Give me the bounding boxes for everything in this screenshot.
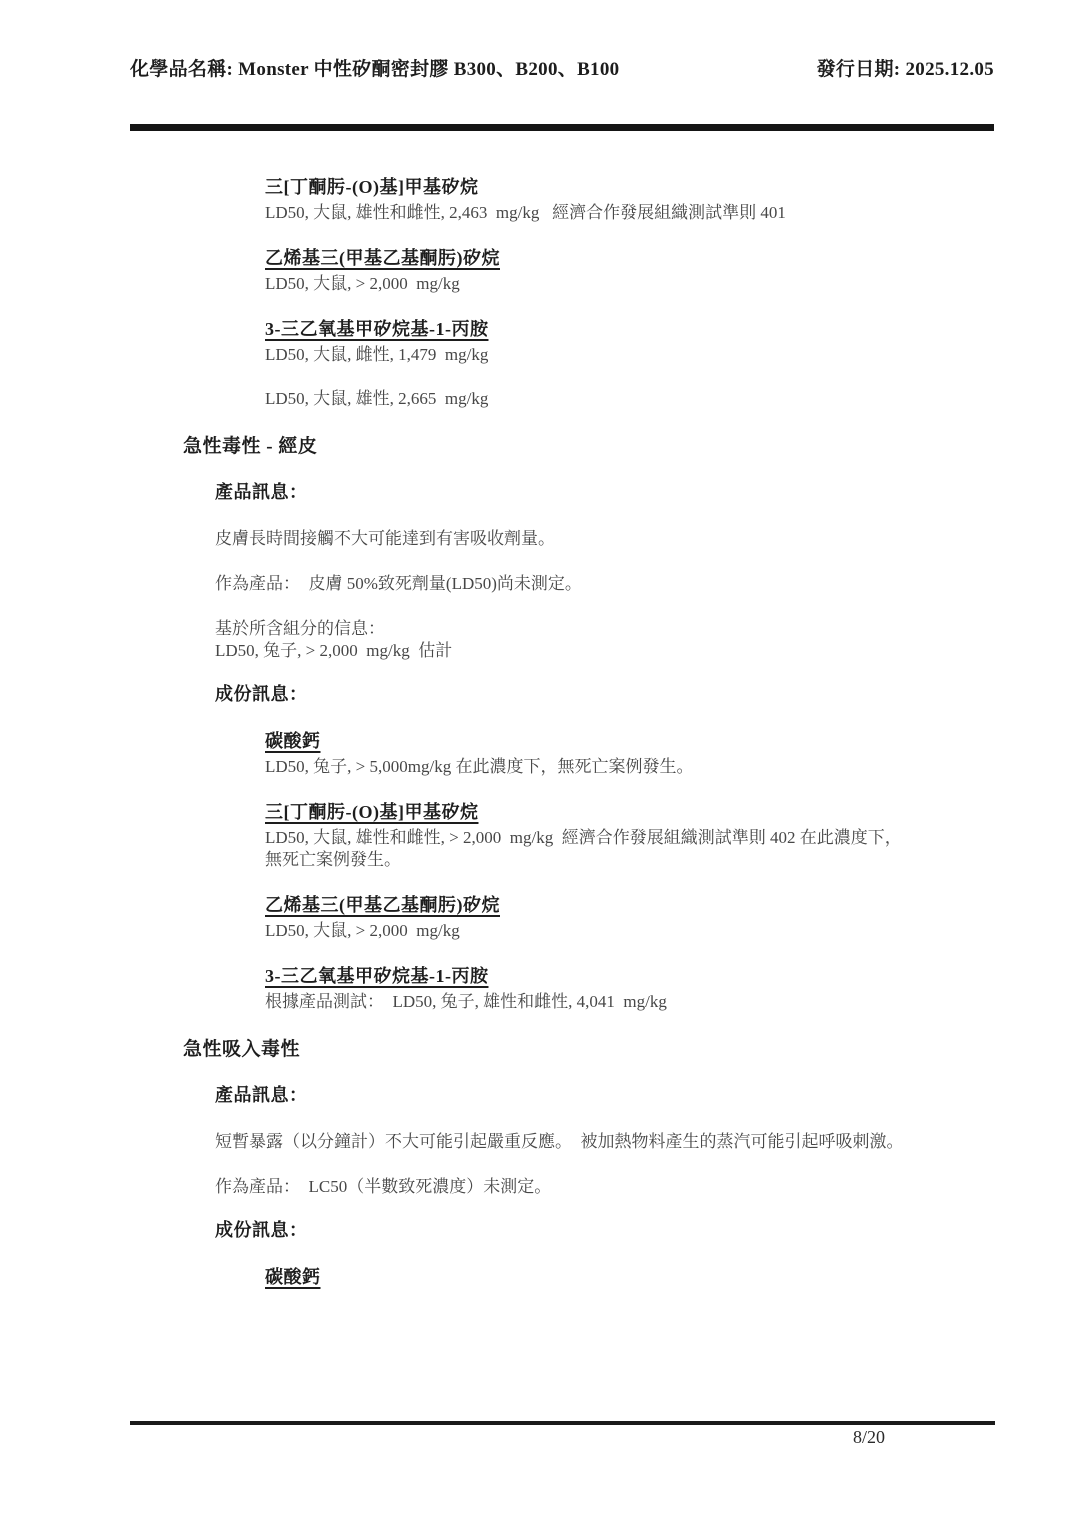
- document-body: 三[丁酮肟-(O)基]甲基矽烷LD50, 大鼠, 雄性和雌性, 2,463 mg…: [0, 175, 1082, 1289]
- subsection-heading: 產品訊息：: [215, 1083, 994, 1108]
- section-heading: 急性毒性 - 經皮: [183, 434, 994, 460]
- chemical-name-heading: 乙烯基三(甲基乙基酮肟)矽烷: [265, 246, 500, 270]
- chemical-name-heading: 三[丁酮肟-(O)基]甲基矽烷: [265, 175, 478, 199]
- footer-divider: [130, 1421, 995, 1425]
- paragraph: 短暫暴露（以分鐘計）不大可能引起嚴重反應。 被加熱物料產生的蒸汽可能引起呼吸刺激…: [215, 1131, 994, 1153]
- toxicity-data-line: LD50, 大鼠, 雄性和雌性, > 2,000 mg/kg 經濟合作發展組織測…: [265, 827, 994, 871]
- chemical-name-heading: 碳酸鈣: [265, 729, 321, 753]
- page-number: 8/20: [853, 1427, 885, 1448]
- chemical-entry: 碳酸鈣: [265, 1265, 994, 1289]
- toxicity-data-line: LD50, 大鼠, > 2,000 mg/kg: [265, 920, 994, 942]
- chemical-entry: 三[丁酮肟-(O)基]甲基矽烷LD50, 大鼠, 雄性和雌性, 2,463 mg…: [265, 175, 994, 224]
- chemical-name-heading: 3-三乙氧基甲矽烷基-1-丙胺: [265, 964, 488, 988]
- header-divider: [130, 124, 994, 131]
- issue-date-label: 發行日期: 2025.12.05: [817, 54, 994, 81]
- chemical-entry: 3-三乙氧基甲矽烷基-1-丙胺根據產品測試： LD50, 兔子, 雄性和雌性, …: [265, 964, 994, 1013]
- chemical-name-heading: 乙烯基三(甲基乙基酮肟)矽烷: [265, 893, 500, 917]
- chemical-entry: 碳酸鈣LD50, 兔子, > 5,000mg/kg 在此濃度下，無死亡案例發生。: [265, 729, 994, 778]
- chemical-name-heading: 三[丁酮肟-(O)基]甲基矽烷: [265, 800, 478, 824]
- paragraph: 作為產品： LC50（半數致死濃度）未測定。: [215, 1176, 994, 1198]
- subsection-heading: 成份訊息：: [215, 682, 994, 707]
- chemical-entry: 乙烯基三(甲基乙基酮肟)矽烷LD50, 大鼠, > 2,000 mg/kg: [265, 893, 994, 942]
- page-header: 化學品名稱: Monster 中性矽酮密封膠 B300、B200、B100 發行…: [130, 54, 994, 81]
- toxicity-data-line: LD50, 大鼠, 雌性, 1,479 mg/kg LD50, 大鼠, 雄性, …: [265, 344, 994, 410]
- paragraph: 作為產品： 皮膚 50%致死劑量(LD50)尚未測定。: [215, 573, 994, 595]
- paragraph: 基於所含組分的信息： LD50, 兔子, > 2,000 mg/kg 估計: [215, 618, 994, 662]
- chemical-entry: 乙烯基三(甲基乙基酮肟)矽烷LD50, 大鼠, > 2,000 mg/kg: [265, 246, 994, 295]
- sds-document-page: 化學品名稱: Monster 中性矽酮密封膠 B300、B200、B100 發行…: [0, 0, 1082, 1514]
- toxicity-data-line: 根據產品測試： LD50, 兔子, 雄性和雌性, 4,041 mg/kg: [265, 991, 994, 1013]
- toxicity-data-line: LD50, 大鼠, > 2,000 mg/kg: [265, 273, 994, 295]
- subsection-heading: 成份訊息：: [215, 1218, 994, 1243]
- chemical-name-heading: 3-三乙氧基甲矽烷基-1-丙胺: [265, 317, 488, 341]
- paragraph: 皮膚長時間接觸不大可能達到有害吸收劑量。: [215, 528, 994, 550]
- chemical-entry: 3-三乙氧基甲矽烷基-1-丙胺LD50, 大鼠, 雌性, 1,479 mg/kg…: [265, 317, 994, 410]
- chemical-entry: 三[丁酮肟-(O)基]甲基矽烷LD50, 大鼠, 雄性和雌性, > 2,000 …: [265, 800, 994, 871]
- chemical-name-label: 化學品名稱: Monster 中性矽酮密封膠 B300、B200、B100: [130, 54, 619, 81]
- section-heading: 急性吸入毒性: [183, 1037, 994, 1063]
- chemical-name-heading: 碳酸鈣: [265, 1265, 321, 1289]
- toxicity-data-line: LD50, 大鼠, 雄性和雌性, 2,463 mg/kg 經濟合作發展組織測試準…: [265, 202, 994, 224]
- toxicity-data-line: LD50, 兔子, > 5,000mg/kg 在此濃度下，無死亡案例發生。: [265, 756, 994, 778]
- subsection-heading: 產品訊息：: [215, 480, 994, 505]
